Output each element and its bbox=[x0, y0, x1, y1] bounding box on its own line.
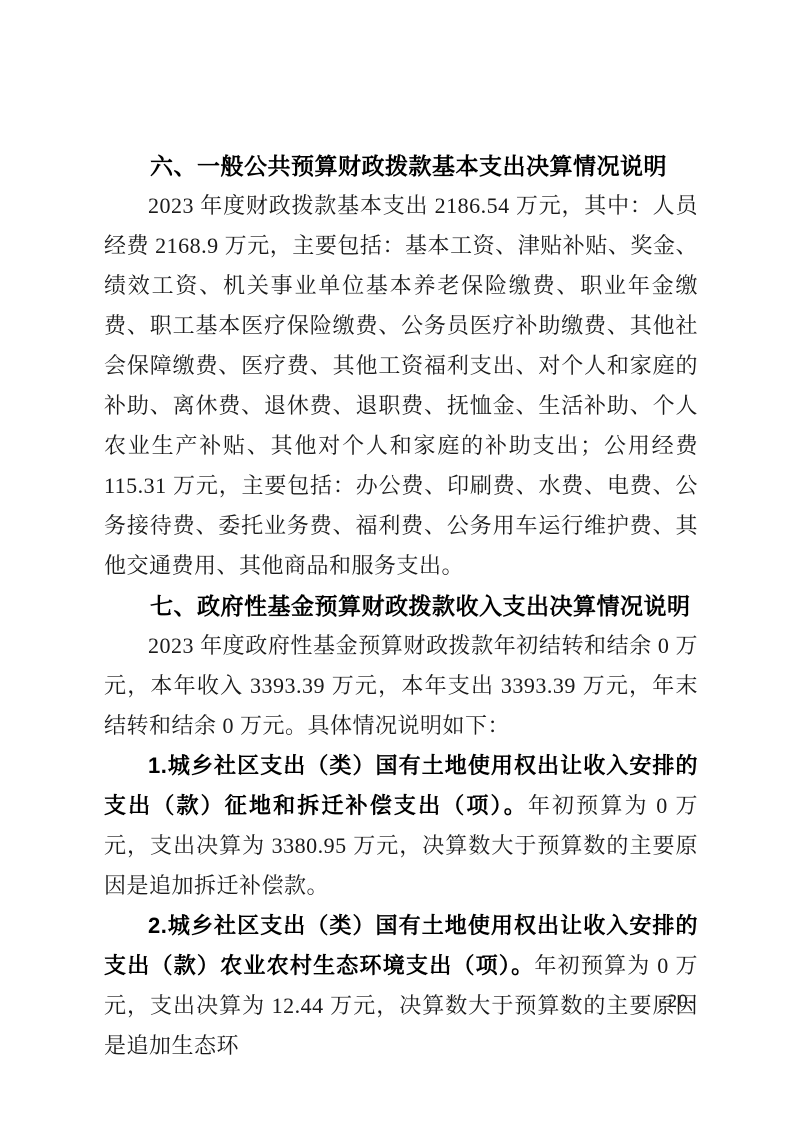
page-number: -20- bbox=[660, 990, 696, 1014]
document-page: 六、一般公共预算财政拨款基本支出决算情况说明2023 年度财政拨款基本支出 21… bbox=[0, 0, 793, 1122]
section-6-paragraph: 2023 年度财政拨款基本支出 2186.54 万元，其中：人员经费 2168.… bbox=[104, 186, 698, 586]
document-content: 六、一般公共预算财政拨款基本支出决算情况说明2023 年度财政拨款基本支出 21… bbox=[104, 146, 698, 1066]
section-6-heading: 六、一般公共预算财政拨款基本支出决算情况说明 bbox=[104, 146, 698, 186]
section-7-item-1: 1.城乡社区支出（类）国有土地使用权出让收入安排的支出（款）征地和拆迁补偿支出（… bbox=[104, 746, 698, 906]
section-7-item-2: 2.城乡社区支出（类）国有土地使用权出让收入安排的支出（款）农业农村生态环境支出… bbox=[104, 906, 698, 1066]
section-7-paragraph: 2023 年度政府性基金预算财政拨款年初结转和结余 0 万元，本年收入 3393… bbox=[104, 626, 698, 746]
section-7-heading: 七、政府性基金预算财政拨款收入支出决算情况说明 bbox=[104, 586, 698, 626]
